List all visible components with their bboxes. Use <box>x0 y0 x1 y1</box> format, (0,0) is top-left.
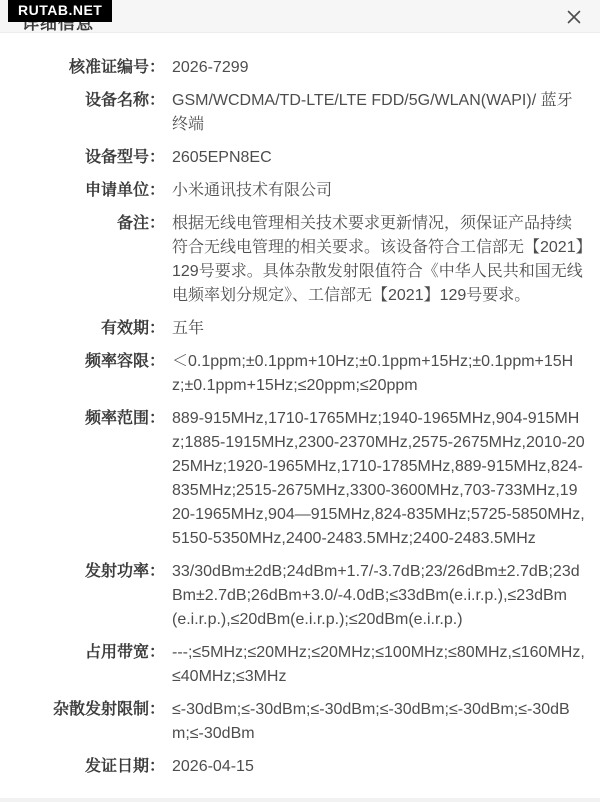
watermark: RUTAB.NET <box>8 0 112 22</box>
field-value: 33/30dBm±2dB;24dBm+1.7/-3.7dB;23/26dBm±2… <box>172 560 585 632</box>
field-label: 设备型号： <box>0 146 165 170</box>
field-row: 占用带宽： ---;≤5MHz;≤20MHz;≤20MHz;≤100MHz;≤8… <box>0 641 585 689</box>
field-value: ---;≤5MHz;≤20MHz;≤20MHz;≤100MHz;≤80MHz,≤… <box>172 641 585 689</box>
field-row: 频率容限： ＜0.1ppm;±0.1ppm+10Hz;±0.1ppm+15Hz;… <box>0 350 585 398</box>
field-row: 发证日期： 2026-04-15 <box>0 755 585 779</box>
field-label: 发射功率： <box>0 560 165 632</box>
close-button[interactable] <box>564 7 584 27</box>
field-value: 2026-7299 <box>172 56 585 80</box>
close-icon <box>566 9 582 25</box>
field-row: 备注： 根据无线电管理相关技术要求更新情况，须保证产品持续符合无线电管理的相关要… <box>0 212 585 308</box>
certification-fields: 核准证编号： 2026-7299 设备名称： GSM/WCDMA/TD-LTE/… <box>0 33 600 779</box>
field-value: 889-915MHz,1710-1765MHz;1940-1965MHz,904… <box>172 407 585 551</box>
field-value: GSM/WCDMA/TD-LTE/LTE FDD/5G/WLAN(WAPI)/ … <box>172 89 585 137</box>
field-row: 频率范围： 889-915MHz,1710-1765MHz;1940-1965M… <box>0 407 585 551</box>
field-row: 设备型号： 2605EPN8EC <box>0 146 585 170</box>
bottom-divider <box>0 798 600 802</box>
field-row: 核准证编号： 2026-7299 <box>0 56 585 80</box>
field-value: 2026-04-15 <box>172 755 585 779</box>
field-row: 设备名称： GSM/WCDMA/TD-LTE/LTE FDD/5G/WLAN(W… <box>0 89 585 137</box>
field-value: 根据无线电管理相关技术要求更新情况，须保证产品持续符合无线电管理的相关要求。该设… <box>172 212 585 308</box>
field-value: 小米通讯技术有限公司 <box>172 179 585 203</box>
field-value: 2605EPN8EC <box>172 146 585 170</box>
field-label: 申请单位： <box>0 179 165 203</box>
field-value: 五年 <box>172 317 585 341</box>
field-label: 杂散发射限制： <box>0 698 165 746</box>
field-label: 频率范围： <box>0 407 165 551</box>
field-label: 备注： <box>0 212 165 308</box>
field-row: 杂散发射限制： ≤-30dBm;≤-30dBm;≤-30dBm;≤-30dBm;… <box>0 698 585 746</box>
field-label: 占用带宽： <box>0 641 165 689</box>
field-value: ≤-30dBm;≤-30dBm;≤-30dBm;≤-30dBm;≤-30dBm;… <box>172 698 585 746</box>
field-label: 频率容限： <box>0 350 165 398</box>
field-label: 发证日期： <box>0 755 165 779</box>
field-value: ＜0.1ppm;±0.1ppm+10Hz;±0.1ppm+15Hz;±0.1pp… <box>172 350 585 398</box>
field-row: 有效期： 五年 <box>0 317 585 341</box>
certification-detail-modal: 详细信息 RUTAB.NET 核准证编号： 2026-7299 设备名称： GS… <box>0 0 600 802</box>
field-row: 发射功率： 33/30dBm±2dB;24dBm+1.7/-3.7dB;23/2… <box>0 560 585 632</box>
field-label: 有效期： <box>0 317 165 341</box>
field-label: 核准证编号： <box>0 56 165 80</box>
field-row: 申请单位： 小米通讯技术有限公司 <box>0 179 585 203</box>
field-label: 设备名称： <box>0 89 165 137</box>
